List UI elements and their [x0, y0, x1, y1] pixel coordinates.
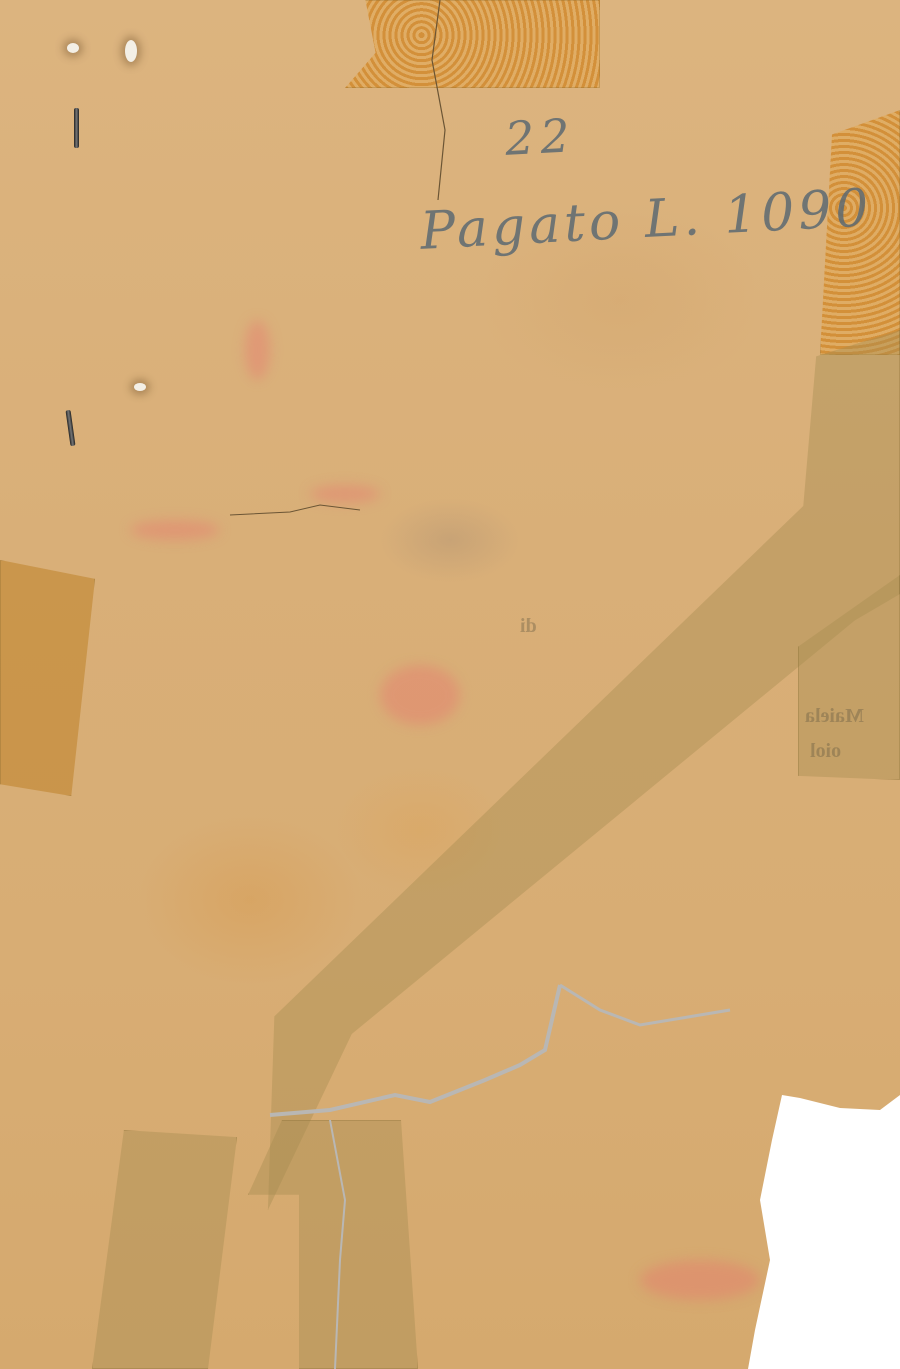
bleed-through-text: Maiela: [805, 705, 864, 728]
bleed-through-text: di: [520, 615, 537, 638]
page-number: 22: [504, 108, 577, 166]
paper-sheet: 22 Pagato L. 1090 di Maiela oiol: [0, 0, 900, 1369]
bleed-through-text: oiol: [810, 740, 841, 763]
